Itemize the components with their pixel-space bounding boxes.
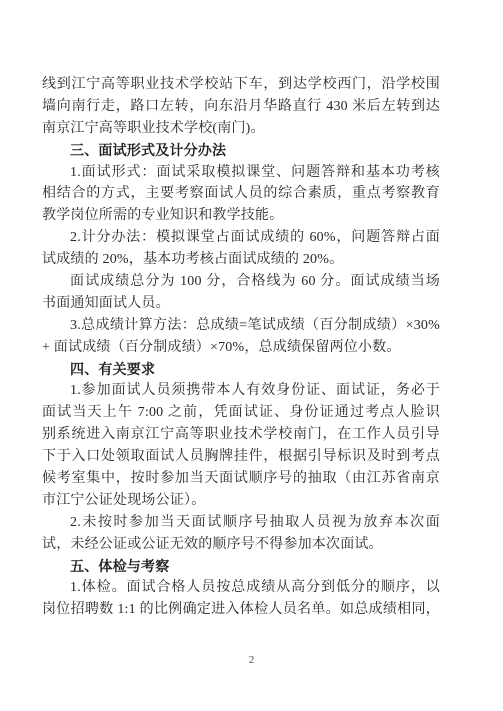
paragraph: 1.面试形式：面试采取模拟课堂、问题答辩和基本功考核相结合的方式，主要考察面试人…	[42, 162, 440, 228]
paragraph: 1.参加面试人员须携带本人有效身份证、面试证，务必于面试当天上午 7:00 之前…	[42, 380, 440, 511]
text-line: 岗位招聘数 1:1 的比例确定进入体检人员名单。如总成绩相同，	[42, 599, 440, 621]
document-body: 线到江宁高等职业技术学校站下车，到达学校西门，沿学校围墙向南行走，路口左转，向东…	[42, 74, 440, 621]
paragraph: 面试成绩总分为 100 分，合格线为 60 分。面试成绩当场书面通知面试人员。	[42, 271, 440, 315]
text-line: 书面通知面试人员。	[42, 293, 440, 315]
text-line: + 面试成绩（百分制成绩）×70%，总成绩保留两位小数。	[42, 337, 440, 359]
text-line: 面试成绩总分为 100 分，合格线为 60 分。面试成绩当场	[42, 271, 440, 293]
text-line: 南京江宁高等职业技术学校(南门)。	[42, 118, 440, 140]
text-line: 墙向南行走，路口左转，向东沿月华路直行 430 米后左转到达	[42, 96, 440, 118]
text-line: 3.总成绩计算方法：总成绩=笔试成绩（百分制成绩）×30%	[42, 315, 440, 337]
text-line: 试，未经公证或公证无效的顺序号不得参加本次面试。	[42, 534, 440, 556]
text-line: 候考室集中，按时参加当天面试顺序号的抽取（由江苏省南京	[42, 468, 440, 490]
text-line: 别系统进入南京江宁高等职业技术学校南门，在工作人员引导	[42, 424, 440, 446]
section-heading: 五、体检与考察	[42, 556, 440, 578]
text-line: 2.计分办法：模拟课堂占面试成绩的 60%，问题答辩占面	[42, 227, 440, 249]
paragraph: 线到江宁高等职业技术学校站下车，到达学校西门，沿学校围墙向南行走，路口左转，向东…	[42, 74, 440, 140]
text-line: 线到江宁高等职业技术学校站下车，到达学校西门，沿学校围	[42, 74, 440, 96]
text-line: 1.参加面试人员须携带本人有效身份证、面试证，务必于	[42, 380, 440, 402]
paragraph: 3.总成绩计算方法：总成绩=笔试成绩（百分制成绩）×30%+ 面试成绩（百分制成…	[42, 315, 440, 359]
paragraph: 2.计分办法：模拟课堂占面试成绩的 60%，问题答辩占面试成绩的 20%，基本功…	[42, 227, 440, 271]
text-line: 2.未按时参加当天面试顺序号抽取人员视为放弃本次面	[42, 512, 440, 534]
text-line: 相结合的方式，主要考察面试人员的综合素质，重点考察教育	[42, 183, 440, 205]
text-line: 面试当天上午 7:00 之前，凭面试证、身份证通过考点人脸识	[42, 402, 440, 424]
text-line: 试成绩的 20%，基本功考核占面试成绩的 20%。	[42, 249, 440, 271]
text-line: 1.面试形式：面试采取模拟课堂、问题答辩和基本功考核	[42, 162, 440, 184]
text-line: 四、有关要求	[42, 359, 440, 381]
text-line: 教学岗位所需的专业知识和教学技能。	[42, 205, 440, 227]
paragraph: 2.未按时参加当天面试顺序号抽取人员视为放弃本次面试，未经公证或公证无效的顺序号…	[42, 512, 440, 556]
text-line: 市江宁公证处现场公证）。	[42, 490, 440, 512]
text-line: 三、面试形式及计分办法	[42, 140, 440, 162]
page-number: 2	[0, 653, 503, 667]
paragraph: 1.体检。面试合格人员按总成绩从高分到低分的顺序，以岗位招聘数 1:1 的比例确…	[42, 577, 440, 621]
document-page: 线到江宁高等职业技术学校站下车，到达学校西门，沿学校围墙向南行走，路口左转，向东…	[0, 0, 503, 711]
section-heading: 四、有关要求	[42, 359, 440, 381]
text-line: 下于入口处领取面试人员胸牌挂件，根据引导标识及时到考点	[42, 446, 440, 468]
text-line: 五、体检与考察	[42, 556, 440, 578]
text-line: 1.体检。面试合格人员按总成绩从高分到低分的顺序，以	[42, 577, 440, 599]
section-heading: 三、面试形式及计分办法	[42, 140, 440, 162]
